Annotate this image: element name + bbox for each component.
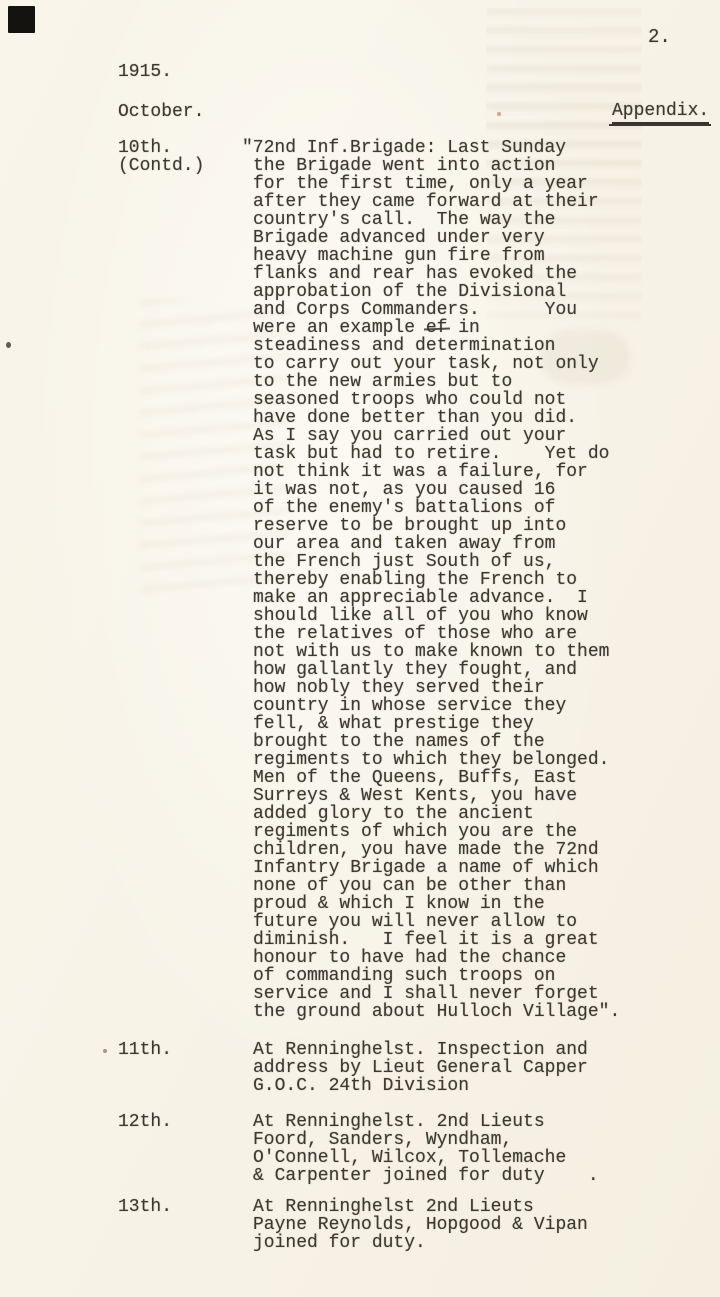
diary-line: none of you can be other than (253, 877, 620, 895)
ink-speck (6, 342, 11, 348)
diary-line: how gallantly they fought, and (253, 661, 620, 679)
diary-line: approbation of the Divisional (253, 283, 620, 301)
diary-line: future you will never allow to (253, 913, 620, 931)
entry-body: At Renninghelst 2nd LieutsPayne Reynolds… (253, 1198, 588, 1252)
diary-line: the ground about Hulloch Village". (253, 1003, 620, 1021)
page-number: 2. (648, 26, 671, 48)
diary-line: task but had to retire. Yet do (253, 445, 620, 463)
diary-line: not think it was a failure, for (253, 463, 620, 481)
entry-date-line: 11th. (118, 1041, 172, 1059)
diary-line: proud & which I know in the (253, 895, 620, 913)
diary-line: were an example ef in (253, 319, 620, 337)
entry-body: At Renninghelst. Inspection andaddress b… (253, 1041, 588, 1095)
diary-line: fell, & what prestige they (253, 715, 620, 733)
diary-line: after they came forward at their (253, 193, 620, 211)
diary-line: As I say you carried out your (253, 427, 620, 445)
diary-line: of commanding such troops on (253, 967, 620, 985)
diary-line: diminish. I feel it is a great (253, 931, 620, 949)
entry-date-line: 12th. (118, 1113, 172, 1131)
entry-date-line: (Contd.) (118, 157, 204, 175)
entry-body: "72nd Inf.Brigade: Last Sundaythe Brigad… (253, 139, 620, 1021)
diary-line: make an appreciable advance. I (253, 589, 620, 607)
diary-line: flanks and rear has evoked the (253, 265, 620, 283)
diary-line: have done better than you did. (253, 409, 620, 427)
diary-line: the Brigade went into action (253, 157, 620, 175)
diary-line: At Renninghelst. 2nd Lieuts (253, 1113, 599, 1131)
diary-line: seasoned troops who could not (253, 391, 620, 409)
diary-line: O'Connell, Wilcox, Tollemache (253, 1149, 599, 1167)
diary-line: brought to the names of the (253, 733, 620, 751)
diary-line: & Carpenter joined for duty . (253, 1167, 599, 1185)
entry-date: 12th. (118, 1113, 172, 1131)
diary-line: Payne Reynolds, Hopgood & Vipan (253, 1216, 588, 1234)
diary-line: regiments of which you are the (253, 823, 620, 841)
diary-line: honour to have had the chance (253, 949, 620, 967)
diary-line: steadiness and determination (253, 337, 620, 355)
diary-line: service and I shall never forget (253, 985, 620, 1003)
diary-line: country's call. The way the (253, 211, 620, 229)
diary-line: address by Lieut General Capper (253, 1059, 588, 1077)
entry-body: At Renninghelst. 2nd LieutsFoord, Sander… (253, 1113, 599, 1185)
scan-corner-mark (8, 6, 35, 33)
diary-line: it was not, as you caused 16 (253, 481, 620, 499)
diary-line: At Renninghelst. Inspection and (253, 1041, 588, 1059)
diary-line: country in whose service they (253, 697, 620, 715)
year-heading: 1915. (118, 62, 172, 82)
diary-line: "72nd Inf.Brigade: Last Sunday (253, 139, 620, 157)
diary-line: the relatives of those who are (253, 625, 620, 643)
ink-speck (103, 1049, 107, 1053)
diary-line: thereby enabling the French to (253, 571, 620, 589)
struck-out-text: ef (426, 318, 448, 338)
diary-line: should like all of you who know (253, 607, 620, 625)
diary-line: to carry out your task, not only (253, 355, 620, 373)
entry-date-line: 10th. (118, 139, 204, 157)
diary-line: reserve to be brought up into (253, 517, 620, 535)
appendix-heading: Appendix. (612, 101, 709, 124)
entry-date: 10th.(Contd.) (118, 139, 204, 175)
entry-date: 13th. (118, 1198, 172, 1216)
diary-line: Infantry Brigade a name of which (253, 859, 620, 877)
diary-line: our area and taken away from (253, 535, 620, 553)
ink-speck (497, 112, 501, 116)
diary-line: G.O.C. 24th Division (253, 1077, 588, 1095)
diary-line: to the new armies but to (253, 373, 620, 391)
entry-date: 11th. (118, 1041, 172, 1059)
diary-line: Foord, Sanders, Wyndham, (253, 1131, 599, 1149)
diary-line: joined for duty. (253, 1234, 588, 1252)
diary-line: heavy machine gun fire from (253, 247, 620, 265)
diary-line: Men of the Queens, Buffs, East (253, 769, 620, 787)
diary-line: Surreys & West Kents, you have (253, 787, 620, 805)
diary-line: how nobly they served their (253, 679, 620, 697)
entry-date-line: 13th. (118, 1198, 172, 1216)
diary-line: regiments to which they belonged. (253, 751, 620, 769)
diary-line: the French just South of us, (253, 553, 620, 571)
diary-line: At Renninghelst 2nd Lieuts (253, 1198, 588, 1216)
diary-line: of the enemy's battalions of (253, 499, 620, 517)
month-heading: October. (118, 102, 204, 122)
diary-line: children, you have made the 72nd (253, 841, 620, 859)
diary-line: added glory to the ancient (253, 805, 620, 823)
diary-line: not with us to make known to them (253, 643, 620, 661)
diary-line: and Corps Commanders. You (253, 301, 620, 319)
diary-line: Brigade advanced under very (253, 229, 620, 247)
diary-line: for the first time, only a year (253, 175, 620, 193)
